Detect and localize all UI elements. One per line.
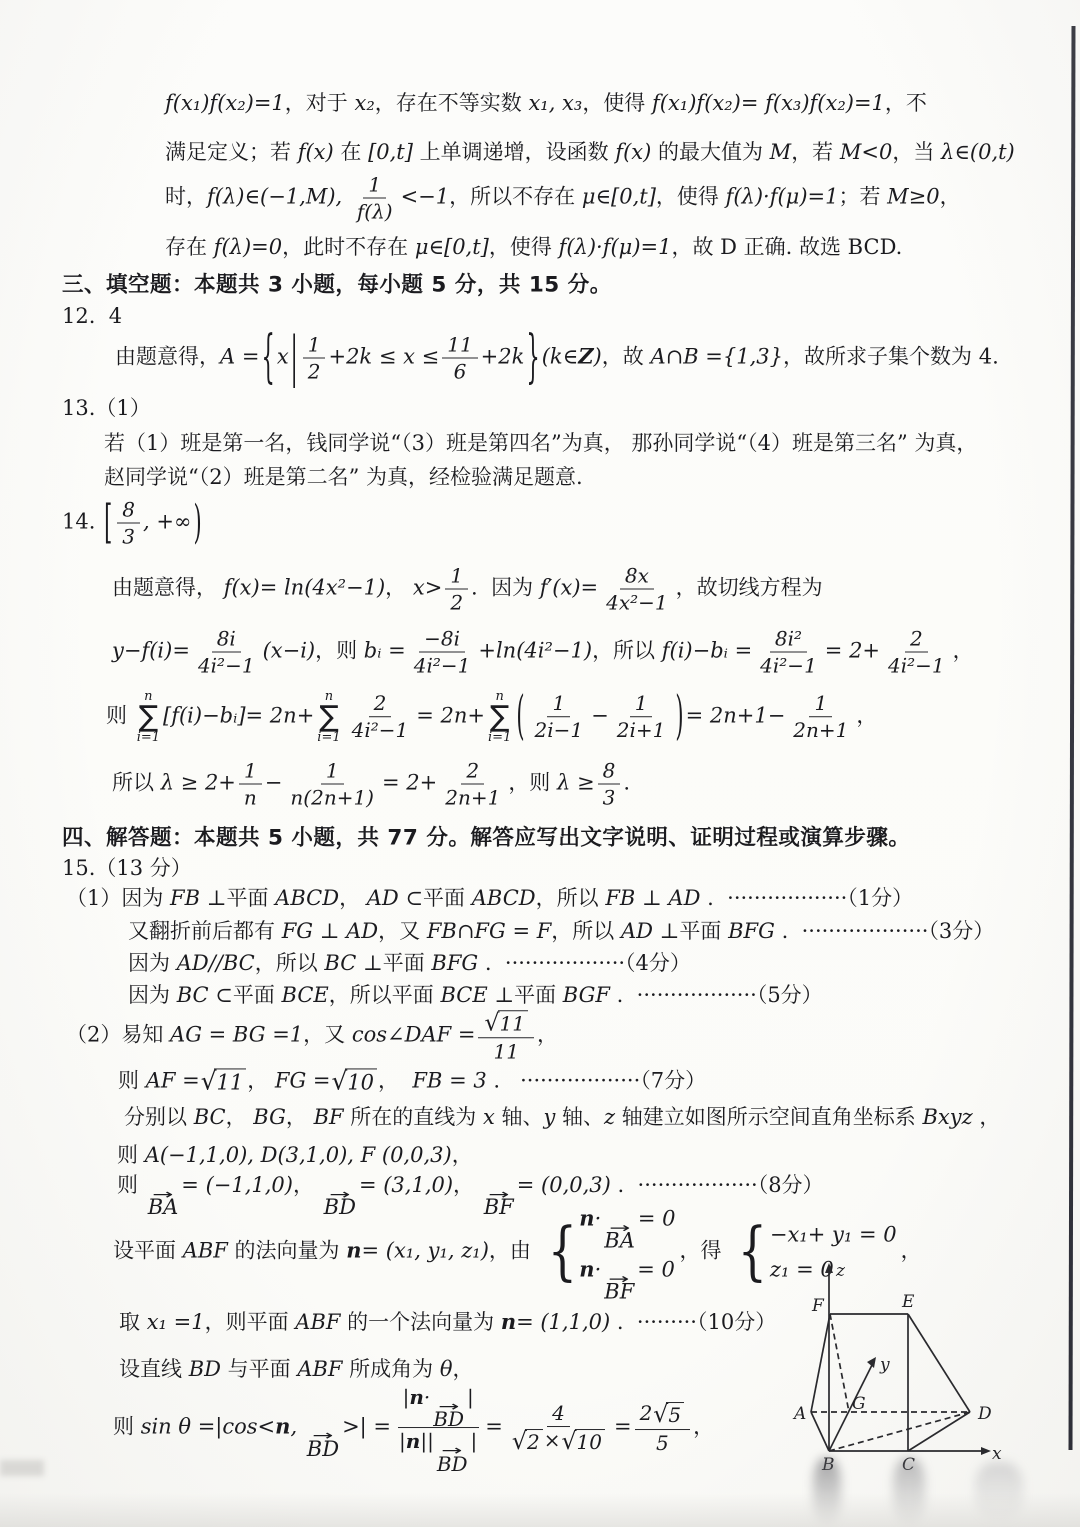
text-span: （2）易知 <box>66 1023 170 1047</box>
math-span: 8i² <box>775 627 802 651</box>
text-span: ， <box>385 576 413 600</box>
text-span: 则 <box>117 1143 145 1167</box>
text-span: ，当 <box>892 140 941 164</box>
text-span: ，存在不等实数 <box>375 91 529 115</box>
text-span: 由题意得， <box>115 345 220 369</box>
text-span: ，故 <box>602 345 651 369</box>
math-span: |cos< <box>215 1415 275 1439</box>
q14-solution-line2: y−f(i)=8i4i²−1(x−i)，则 bᵢ =−8i4i²−1+ln(4i… <box>112 627 974 678</box>
math-span: , +∞ <box>143 510 191 534</box>
math-span: 2n+1 <box>793 718 848 742</box>
text-span: 12. 4 <box>62 304 122 328</box>
q13-answer: 13.（1） <box>62 394 151 422</box>
math-span: y−f(i)= <box>112 639 190 663</box>
math-span: ABF <box>183 1239 228 1263</box>
math-span: FG = <box>275 1068 331 1092</box>
math-span: = <box>614 1415 632 1439</box>
math-span: 2i−1 <box>535 718 584 742</box>
q14-solution-line1: 由题意得， f(x)= ln(4x²−1)， x>12. 因为 f′(x)=8x… <box>112 564 823 615</box>
math-span: f(x) <box>298 140 334 164</box>
fraction: 12i−1 <box>530 691 589 742</box>
math-span: BC <box>324 951 356 975</box>
math-bold-span: n <box>579 1257 594 1282</box>
fraction: 8x4x²−1 <box>601 564 673 615</box>
math-span: BCE <box>282 983 329 1007</box>
fraction: 4√2×√10 <box>506 1401 611 1455</box>
q15-part2-line2: 则 AF =√11， FG =√10， FB = 3 . ···········… <box>118 1066 706 1095</box>
text-span: . ···················（3分） <box>775 919 994 943</box>
figure-label-A: A <box>792 1404 806 1424</box>
sqrt-radical: √11 <box>201 1068 247 1095</box>
figure-label-x: x <box>992 1444 1002 1464</box>
fraction: 83 <box>598 759 621 810</box>
math-span: 4i²−1 <box>352 718 409 742</box>
q14-solution-line3: 则 n∑i=1[f(i)−bᵢ]= 2n+n∑i=124i²−1= 2n+n∑i… <box>106 690 877 744</box>
fraction: √1111 <box>478 1009 534 1063</box>
math-span: | <box>467 1385 474 1409</box>
text-span: 取 <box>119 1310 147 1334</box>
math-span: FB <box>170 886 200 910</box>
math-span: 2 <box>308 360 321 384</box>
math-span: [0,t] <box>368 140 413 164</box>
math-span: f(λ) <box>357 200 393 224</box>
text-span: 所成角为 <box>343 1357 440 1381</box>
tall-delimiter: ( <box>516 691 524 744</box>
q15-part1-line3: 因为 AD//BC，所以 BC ⊥平面 BFG . ··············… <box>128 949 691 977</box>
math-span: x₁, x₃ <box>528 91 582 115</box>
math-span: 1 <box>635 691 648 715</box>
math-span: 1 <box>368 173 381 197</box>
sqrt-radical: √10 <box>332 1068 378 1095</box>
text-span: ， <box>453 1357 474 1381</box>
math-span: BFG <box>431 951 478 975</box>
text-span: 三、填空题：本题共 3 小题，每小题 5 分，共 15 分。 <box>62 272 612 297</box>
math-span: 2 <box>374 691 387 715</box>
text-span: 设直线 <box>119 1357 189 1381</box>
math-span: −8i <box>424 627 460 651</box>
math-span: 4i²−1 <box>760 654 817 678</box>
edge-BD-dashed <box>829 1412 970 1451</box>
text-span: ， <box>378 1068 412 1092</box>
figure-label-y: y <box>879 1355 890 1375</box>
photo-smudge-left <box>0 1460 44 1476</box>
math-span: || <box>420 1430 433 1454</box>
edge-CD <box>908 1412 970 1451</box>
math-span: 4i²−1 <box>198 654 255 678</box>
q13-solution-line1: 若（1）班是第一名，钱同学说“（3）班是第四名”为真， 那孙同学说“（4）班是第… <box>104 429 977 457</box>
fraction: 12 <box>445 564 468 615</box>
math-span: x> <box>413 576 442 600</box>
math-span: AD <box>367 886 399 910</box>
text-span: ，使得 <box>582 91 652 115</box>
text-span: ，所以不存在 <box>449 185 582 209</box>
math-span: μ∈[0,t] <box>582 185 656 209</box>
text-span: 则 <box>117 1173 145 1197</box>
fraction: 12i+1 <box>612 691 671 742</box>
text-span: ，所以平面 <box>329 983 441 1007</box>
math-span: μ∈[0,t] <box>415 235 489 259</box>
math-span: 6 <box>454 360 467 384</box>
math-span: +2k <box>481 345 525 369</box>
math-span: λ ≥ <box>557 771 595 795</box>
q11-solution-line1: f(x₁)f(x₂)=1，对于 x₂，存在不等实数 x₁, x₃，使得 f(x₁… <box>165 89 927 117</box>
q15-header: 15.（13 分） <box>62 854 192 882</box>
text-span: 的一个法向量为 <box>340 1310 500 1334</box>
math-span: − <box>265 771 283 795</box>
math-span: = (x₁, y₁, z₁) <box>362 1239 489 1263</box>
math-span: 8 <box>603 759 616 783</box>
q14-answer: 14. [83, +∞) <box>62 498 204 549</box>
text-span: ，对于 <box>285 91 355 115</box>
q12-solution: 由题意得，A ={x|12+2k ≤ x ≤116+2k}(k∈Z)，故 A∩B… <box>115 333 999 384</box>
math-span: 8x <box>625 564 649 588</box>
math-span: 11 <box>216 1070 243 1094</box>
math-span: = 0 <box>637 1258 675 1282</box>
figure-label-z: z <box>835 1261 846 1281</box>
text-span: ， <box>940 185 961 209</box>
sqrt-radical: √11 <box>484 1010 528 1036</box>
math-span: 11 <box>447 333 472 357</box>
q15-part2-line7: 取 x₁ =1，则平面 ABF 的一个法向量为 n= (1,1,0) . ···… <box>119 1308 776 1336</box>
text-span: 时， <box>165 185 207 209</box>
text-span: ，使得 <box>489 235 559 259</box>
figure-label-E: E <box>901 1292 915 1312</box>
math-span: M≥0 <box>887 185 939 209</box>
figure-label-F: F <box>811 1296 825 1316</box>
text-span: 轴、 <box>495 1105 544 1129</box>
math-span: n <box>244 786 257 810</box>
text-span: ，又 <box>303 1023 352 1047</box>
math-span: 2 <box>527 1430 540 1454</box>
math-span: f(λ)∈(−1,M), <box>207 185 349 209</box>
figure-label-D: D <box>977 1404 992 1424</box>
text-span: ，此时不存在 <box>282 235 415 259</box>
fraction: 2√55 <box>635 1401 691 1455</box>
math-span: BC <box>177 983 209 1007</box>
math-span: A∩B ={1,3} <box>650 345 783 369</box>
tall-delimiter: ) <box>675 691 683 744</box>
fraction: 1n <box>239 759 262 810</box>
tall-delimiter: | <box>291 331 298 386</box>
text-span: 满足定义；若 <box>165 140 298 164</box>
edge-ED <box>908 1314 970 1412</box>
math-span: 1 <box>308 333 321 357</box>
q11-solution-line4: 存在 f(λ)=0，此时不存在 μ∈[0,t]，使得 f(λ)·f(μ)=1，故… <box>165 233 902 261</box>
math-span: 10 <box>347 1070 374 1094</box>
math-span: 8i <box>217 627 236 651</box>
math-span: f(λ)·f(μ)=1 <box>726 185 839 209</box>
math-span: f′(x)= <box>540 576 598 600</box>
math-span: , <box>290 1415 303 1439</box>
text-span: 则 <box>118 1068 146 1092</box>
math-span: = 0 <box>638 1206 676 1230</box>
text-span: 存在 <box>165 235 214 259</box>
math-bold-span: Z <box>578 344 593 369</box>
text-span: ，则平面 <box>205 1310 296 1334</box>
math-span: y <box>543 1105 555 1129</box>
text-span: 四、解答题：本题共 5 小题，共 77 分。解答应写出文字说明、证明过程或演算步… <box>62 825 910 850</box>
section-answer-header: 四、解答题：本题共 5 小题，共 77 分。解答应写出文字说明、证明过程或演算步… <box>62 823 910 852</box>
text-span: . 因为 <box>471 576 540 600</box>
text-span: ，故 D 正确. 故选 BCD. <box>671 235 902 259</box>
fraction: 22n+1 <box>440 759 505 810</box>
math-span: A(−1,1,0), D(3,1,0), F (0,0,3) <box>145 1143 452 1167</box>
q15-part1-line1: （1）因为 FB ⊥平面 ABCD， AD ⊂平面 ABCD，所以 FB ⊥ A… <box>66 884 913 912</box>
math-span: 4i²−1 <box>414 654 471 678</box>
math-span: bᵢ = <box>364 639 406 663</box>
text-span: 在 <box>334 140 368 164</box>
text-span: 的法向量为 <box>228 1239 346 1263</box>
math-span: z <box>604 1105 615 1129</box>
math-span: FB = 3 <box>412 1068 486 1092</box>
text-span: 则 <box>113 1415 141 1439</box>
math-span: 2 <box>640 1401 653 1425</box>
text-span: ；若 <box>838 185 887 209</box>
tall-delimiter: [ <box>104 500 112 546</box>
text-span: ， <box>452 1143 473 1167</box>
math-span: 2 <box>910 627 923 651</box>
q15-part2-line1: （2）易知 AG = BG =1，又 cos∠DAF =√1111， <box>66 1009 558 1063</box>
text-span: . ··················（8分） <box>611 1173 824 1197</box>
math-span: x <box>277 345 289 369</box>
text-span: 又翻折前后都有 <box>128 919 282 943</box>
math-bold-span: n <box>346 1238 361 1263</box>
math-span: = (1,1,0) <box>516 1310 610 1334</box>
text-span: 分别以 <box>124 1105 194 1129</box>
fraction: 83 <box>117 498 140 549</box>
fraction: −8i4i²−1 <box>409 627 476 678</box>
math-span: +ln(4i²−1) <box>478 639 592 663</box>
math-span: 4x²−1 <box>606 591 668 615</box>
math-bold-span: n <box>501 1309 516 1334</box>
text-span: . ··················（1分） <box>700 886 913 910</box>
q11-solution-line2: 满足定义；若 f(x) 在 [0,t] 上单调递增，设函数 f(x) 的最大值为… <box>165 138 1015 166</box>
math-span: BFG <box>728 919 775 943</box>
text-span: ， <box>293 1173 321 1197</box>
text-span: 由题意得， <box>112 576 224 600</box>
vector-overarrow: →BF <box>604 1275 634 1300</box>
text-span: . ··················（7分） <box>487 1068 706 1092</box>
math-span: λ ≥ 2+ <box>161 771 236 795</box>
text-span: （1）因为 <box>66 886 170 910</box>
text-span: ， <box>953 639 974 663</box>
text-span: 的最大值为 <box>651 140 769 164</box>
fraction: 8i4i²−1 <box>193 627 260 678</box>
math-span: M<0 <box>840 140 892 164</box>
text-span: ， <box>856 703 877 727</box>
math-span: AG = BG =1 <box>170 1023 303 1047</box>
vector-overarrow: →BD <box>433 1402 464 1426</box>
text-span: . ··················（5分） <box>610 983 823 1007</box>
q15-part1-line2: 又翻折前后都有 FG ⊥ AD，又 FB∩FG = F，所以 AD ⊥平面 BF… <box>128 917 994 945</box>
math-span: n(2n+1) <box>290 786 374 810</box>
math-span: BCE <box>440 983 487 1007</box>
text-span: ⊥平面 <box>488 983 563 1007</box>
math-span: f(λ)·f(μ)=1 <box>559 235 672 259</box>
math-span: = 2+ <box>382 771 437 795</box>
text-span: ，若 <box>791 140 840 164</box>
math-span: ) <box>594 345 602 369</box>
text-span: ， <box>973 1105 1001 1129</box>
math-span: 1 <box>244 759 257 783</box>
math-bold-span: n <box>406 1430 421 1454</box>
text-span: ，不 <box>885 91 927 115</box>
math-span: f(x₁)f(x₂)=1 <box>165 91 285 115</box>
q15-part1-line4: 因为 BC ⊂平面 BCE，所以平面 BCE ⊥平面 BGF . ·······… <box>128 981 823 1009</box>
q12-answer: 12. 4 <box>62 302 122 330</box>
math-span: ABF <box>295 1310 340 1334</box>
math-span: f(x)= ln(4x²−1) <box>224 576 385 600</box>
text-span: 因为 <box>128 951 177 975</box>
math-span: x <box>483 1105 495 1129</box>
math-span: x₁ =1 <box>147 1310 205 1334</box>
math-span: x₂ <box>354 91 374 115</box>
math-span: λ∈(0,t) <box>941 140 1015 164</box>
fraction: 12 <box>303 333 326 384</box>
exam-answer-page: f(x₁)f(x₂)=1，对于 x₂，存在不等实数 x₁, x₃，使得 f(x₁… <box>0 0 1080 1527</box>
math-span: FB ⊥ AD <box>605 886 700 910</box>
math-span: 2 <box>466 759 479 783</box>
math-span: θ <box>440 1357 453 1381</box>
math-span: 1 <box>552 691 565 715</box>
math-span: +2k ≤ x ≤ <box>328 345 439 369</box>
fraction: 12n+1 <box>788 691 853 742</box>
text-span: 13.（1） <box>62 396 151 420</box>
text-span: ， <box>453 1173 481 1197</box>
text-span: ⊥平面 <box>653 919 728 943</box>
text-span: 则 <box>106 703 134 727</box>
math-span: <−1 <box>401 185 450 209</box>
math-span: 1 <box>326 759 339 783</box>
math-span: 4 <box>552 1401 565 1425</box>
math-bold-span: n <box>579 1205 594 1230</box>
text-span: 若（1）班是第一名，钱同学说“（3）班是第四名”为真， 那孙同学说“（4）班是第… <box>104 431 977 455</box>
vector-overarrow: →BA <box>604 1223 635 1248</box>
text-span: ， <box>693 1415 714 1439</box>
edge-FG-dashed <box>830 1314 849 1412</box>
text-span: ，所以 <box>536 886 606 910</box>
math-span: FG ⊥ AD <box>282 919 378 943</box>
math-span: FB∩FG = F <box>427 919 551 943</box>
fraction: |n·→BD||n||→BD| <box>394 1385 482 1471</box>
q11-solution-line3: 时，f(λ)∈(−1,M), 1f(λ)<−1，所以不存在 μ∈[0,t]，使得… <box>165 173 961 224</box>
math-span: cos∠DAF = <box>352 1023 476 1047</box>
photo-bottom-gradient <box>0 1493 1080 1527</box>
text-span: ⊂平面 <box>209 983 282 1007</box>
math-span: 8 <box>122 498 135 522</box>
math-span: AF = <box>146 1068 200 1092</box>
text-span: ，得 <box>680 1239 729 1263</box>
math-span: ABF <box>297 1357 342 1381</box>
sqrt-radical: √2 <box>512 1429 543 1455</box>
math-span: M <box>770 140 792 164</box>
text-span: ， <box>226 1105 254 1129</box>
math-span: A = <box>220 345 259 369</box>
text-span: ， <box>286 1105 314 1129</box>
text-span: . ··················（4分） <box>478 951 691 975</box>
fraction: 24i²−1 <box>347 691 414 742</box>
math-span: 2 <box>450 591 463 615</box>
math-span: · <box>595 1258 602 1282</box>
text-span: ，又 <box>378 919 427 943</box>
sigma-summation: n∑i=1 <box>137 690 160 744</box>
math-span: >| = <box>342 1415 391 1439</box>
edge-AF <box>811 1314 830 1412</box>
math-span: = (3,1,0) <box>359 1173 453 1197</box>
vector-overarrow: →BD <box>307 1432 339 1457</box>
math-span: (x−i) <box>263 639 316 663</box>
math-span: · <box>595 1206 602 1230</box>
math-span: Bxyz <box>922 1105 972 1129</box>
text-span: ⊂平面 <box>399 886 472 910</box>
text-span: ，故所求子集个数为 4. <box>783 345 999 369</box>
fraction: 24i²−1 <box>883 627 950 678</box>
tall-delimiter: ) <box>193 500 201 546</box>
text-span: 与平面 <box>221 1357 297 1381</box>
sqrt-radical: √5 <box>653 1402 684 1428</box>
math-span: = <box>485 1415 503 1439</box>
text-span: 因为 <box>128 983 177 1007</box>
text-span: ，由 <box>489 1239 538 1263</box>
section-fill-in-blank-header: 三、填空题：本题共 3 小题，每小题 5 分，共 15 分。 <box>62 270 612 299</box>
z-arrowhead <box>825 1263 833 1273</box>
text-span: 设平面 <box>113 1239 183 1263</box>
fraction: 116 <box>442 333 477 384</box>
math-span: [f(i)−bᵢ]= 2n+ <box>163 703 314 727</box>
math-span: | <box>399 1430 406 1454</box>
text-span: ，所以 <box>592 639 662 663</box>
text-span: ， <box>339 886 367 910</box>
math-span: BGF <box>563 983 610 1007</box>
text-span: 所以 <box>112 771 161 795</box>
text-span: ，使得 <box>656 185 726 209</box>
math-span: = 2n+ <box>416 703 485 727</box>
math-span: | <box>471 1430 478 1454</box>
math-span: ABCD <box>275 886 339 910</box>
math-span: 10 <box>577 1430 602 1454</box>
q13-solution-line2: 赵同学说“（2）班是第二名” 为真，经检验满足题意. <box>104 463 583 491</box>
math-span: × <box>544 1428 561 1452</box>
x-arrowhead <box>981 1447 991 1455</box>
text-span: ，故切线方程为 <box>676 576 823 600</box>
math-span: f(λ)=0 <box>214 235 282 259</box>
math-bold-span: n <box>409 1385 424 1409</box>
q15-part2-line9: 则 sin θ =|cos<n, →BD>| =|n·→BD||n||→BD|=… <box>113 1385 714 1471</box>
math-span: f(x₁)f(x₂)= f(x₃)f(x₂)=1 <box>652 91 885 115</box>
text-span: 上单调递增，设函数 <box>413 140 615 164</box>
math-span: · <box>424 1385 430 1409</box>
cases-system: {n·→BA= 0n·→BF= 0 <box>542 1204 676 1299</box>
math-span: − <box>591 703 609 727</box>
math-span: 2i+1 <box>617 718 666 742</box>
math-span: BG <box>253 1105 286 1129</box>
q15-part2-line4: 则 A(−1,1,0), D(3,1,0), F (0,0,3)， <box>117 1141 473 1169</box>
math-span: AD//BC <box>177 951 255 975</box>
math-span: = 2+ <box>825 639 880 663</box>
fraction: 1n(2n+1) <box>285 759 379 810</box>
tall-delimiter: { <box>261 330 274 387</box>
math-span: 11 <box>494 1039 519 1063</box>
sigma-summation: n∑i=1 <box>488 690 511 744</box>
text-span: . ·········（10分） <box>610 1310 776 1334</box>
sqrt-radical: √10 <box>561 1429 605 1455</box>
text-span: 14. <box>62 510 102 534</box>
math-span: BF <box>314 1105 344 1129</box>
q15-part2-line8: 设直线 BD 与平面 ABF 所成角为 θ， <box>119 1355 474 1383</box>
photo-page-edge <box>1069 26 1075 1450</box>
text-span: ，则 <box>315 639 364 663</box>
text-span: 轴、 <box>555 1105 604 1129</box>
